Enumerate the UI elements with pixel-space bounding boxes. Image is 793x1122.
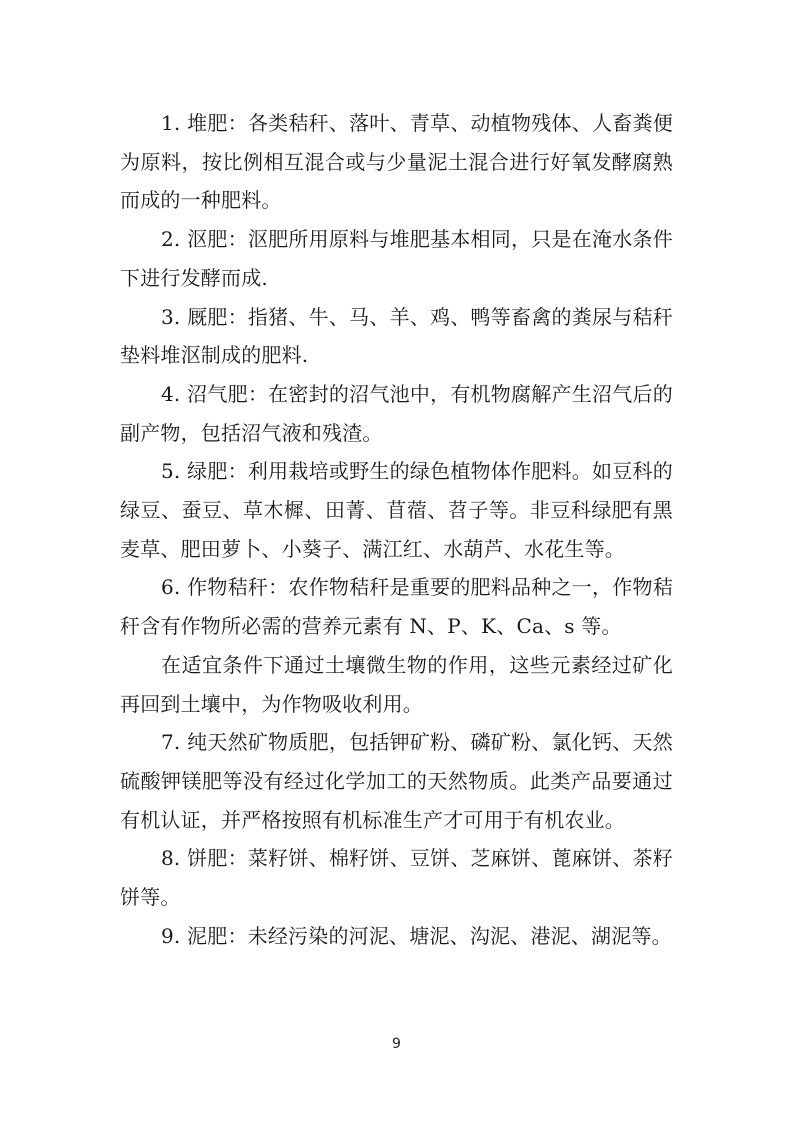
paragraph-compost: 1. 堆肥：各类秸秆、落叶、青草、动植物残体、人畜粪便为原料，按比例相互混合或与… [120,104,673,220]
page-number: 9 [0,1036,793,1052]
paragraph-crop-straw: 6. 作物秸秆：农作物秸秆是重要的肥料品种之一，作物秸秆含有作物所必需的营养元素… [120,568,673,645]
paragraph-mud-fertilizer: 9. 泥肥：未经污染的河泥、塘泥、沟泥、港泥、湖泥等。 [120,917,673,956]
document-body: 1. 堆肥：各类秸秆、落叶、青草、动植物残体、人畜粪便为原料，按比例相互混合或与… [120,104,673,955]
paragraph-barnyard-manure: 3. 厩肥：指猪、牛、马、羊、鸡、鸭等畜禽的粪尿与秸秆垫料堆沤制成的肥料. [120,298,673,375]
paragraph-mineral-fertilizer: 7. 纯天然矿物质肥，包括钾矿粉、磷矿粉、氯化钙、天然硫酸钾镁肥等没有经过化学加… [120,723,673,839]
paragraph-cake-fertilizer: 8. 饼肥：菜籽饼、棉籽饼、豆饼、芝麻饼、蓖麻饼、茶籽饼等。 [120,839,673,916]
paragraph-green-manure: 5. 绿肥：利用栽培或野生的绿色植物体作肥料。如豆科的绿豆、蚕豆、草木樨、田菁、… [120,452,673,568]
paragraph-biogas-manure: 4. 沼气肥：在密封的沼气池中，有机物腐解产生沼气后的副产物，包括沼气液和残渣。 [120,375,673,452]
paragraph-crop-straw-continued: 在适宜条件下通过土壤微生物的作用，这些元素经过矿化再回到土壤中，为作物吸收利用。 [120,646,673,723]
paragraph-retting-manure: 2. 沤肥：沤肥所用原料与堆肥基本相同，只是在淹水条件下进行发酵而成. [120,220,673,297]
document-page: 1. 堆肥：各类秸秆、落叶、青草、动植物残体、人畜粪便为原料，按比例相互混合或与… [0,0,793,1122]
